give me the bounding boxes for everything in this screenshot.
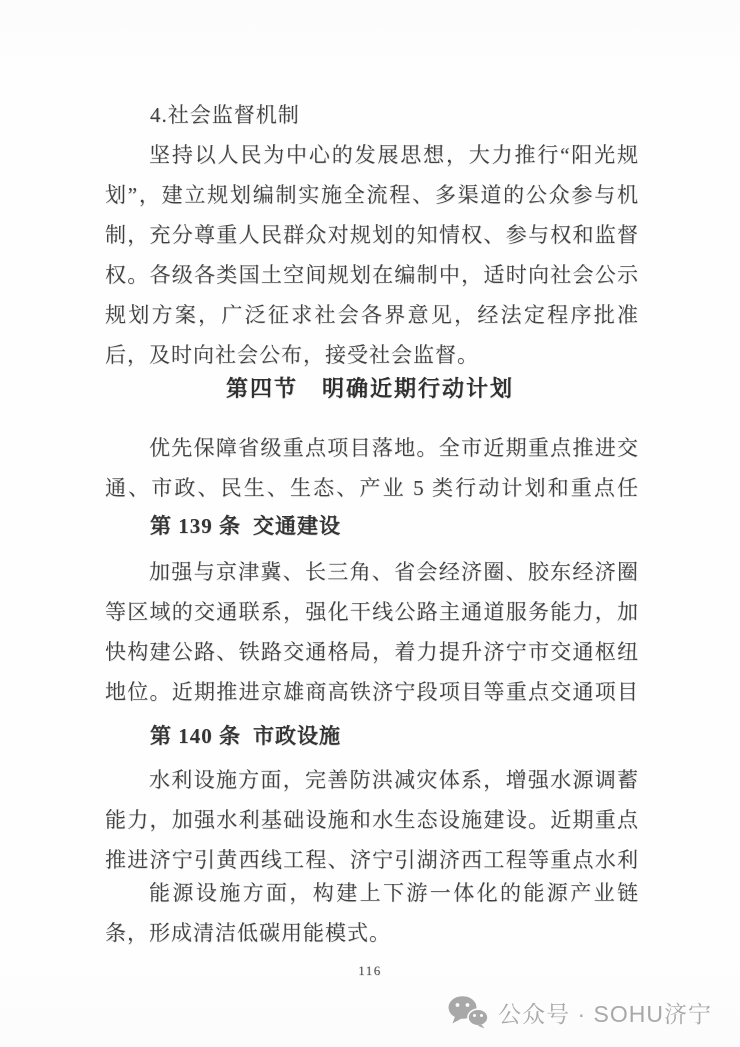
document-page: 4.社会监督机制 坚持以人民为中心的发展思想，大力推行“阳光规划”，建立规划编制… xyxy=(0,0,740,1047)
article-140-label: 第 140 条 xyxy=(150,724,241,748)
watermark-text: 公众号 · SOHU济宁 xyxy=(498,996,712,1029)
wechat-icon xyxy=(447,995,489,1029)
paragraph-water-facilities: 水利设施方面，完善防洪减灾体系，增强水源调蓄能力，加强水利基础设施和水生态设施建… xyxy=(105,760,639,880)
article-140-title: 市政设施 xyxy=(253,724,341,748)
paragraph-social-supervision: 坚持以人民为中心的发展思想，大力推行“阳光规划”，建立规划编制实施全流程、多渠道… xyxy=(105,135,639,375)
article-140-heading: 第 140 条市政设施 xyxy=(150,720,341,750)
page-number: 116 xyxy=(0,963,740,979)
paragraph-action-plan-intro: 优先保障省级重点项目落地。全市近期重点推进交通、市政、民生、生态、产业 5 类行… xyxy=(105,428,639,508)
article-139-label: 第 139 条 xyxy=(150,514,241,538)
section-heading: 第四节 明确近期行动计划 xyxy=(0,372,740,403)
article-139-title: 交通建设 xyxy=(253,514,341,538)
watermark: 公众号 · SOHU济宁 xyxy=(447,995,712,1029)
article-139-heading: 第 139 条交通建设 xyxy=(150,510,341,540)
paragraph-transport-construction: 加强与京津冀、长三角、省会经济圈、胶东经济圈等区域的交通联系，强化干线公路主通道… xyxy=(105,552,639,712)
paragraph-energy-facilities: 能源设施方面，构建上下游一体化的能源产业链条，形成清洁低碳用能模式。 xyxy=(105,873,639,953)
subsection-item-heading: 4.社会监督机制 xyxy=(150,99,300,129)
